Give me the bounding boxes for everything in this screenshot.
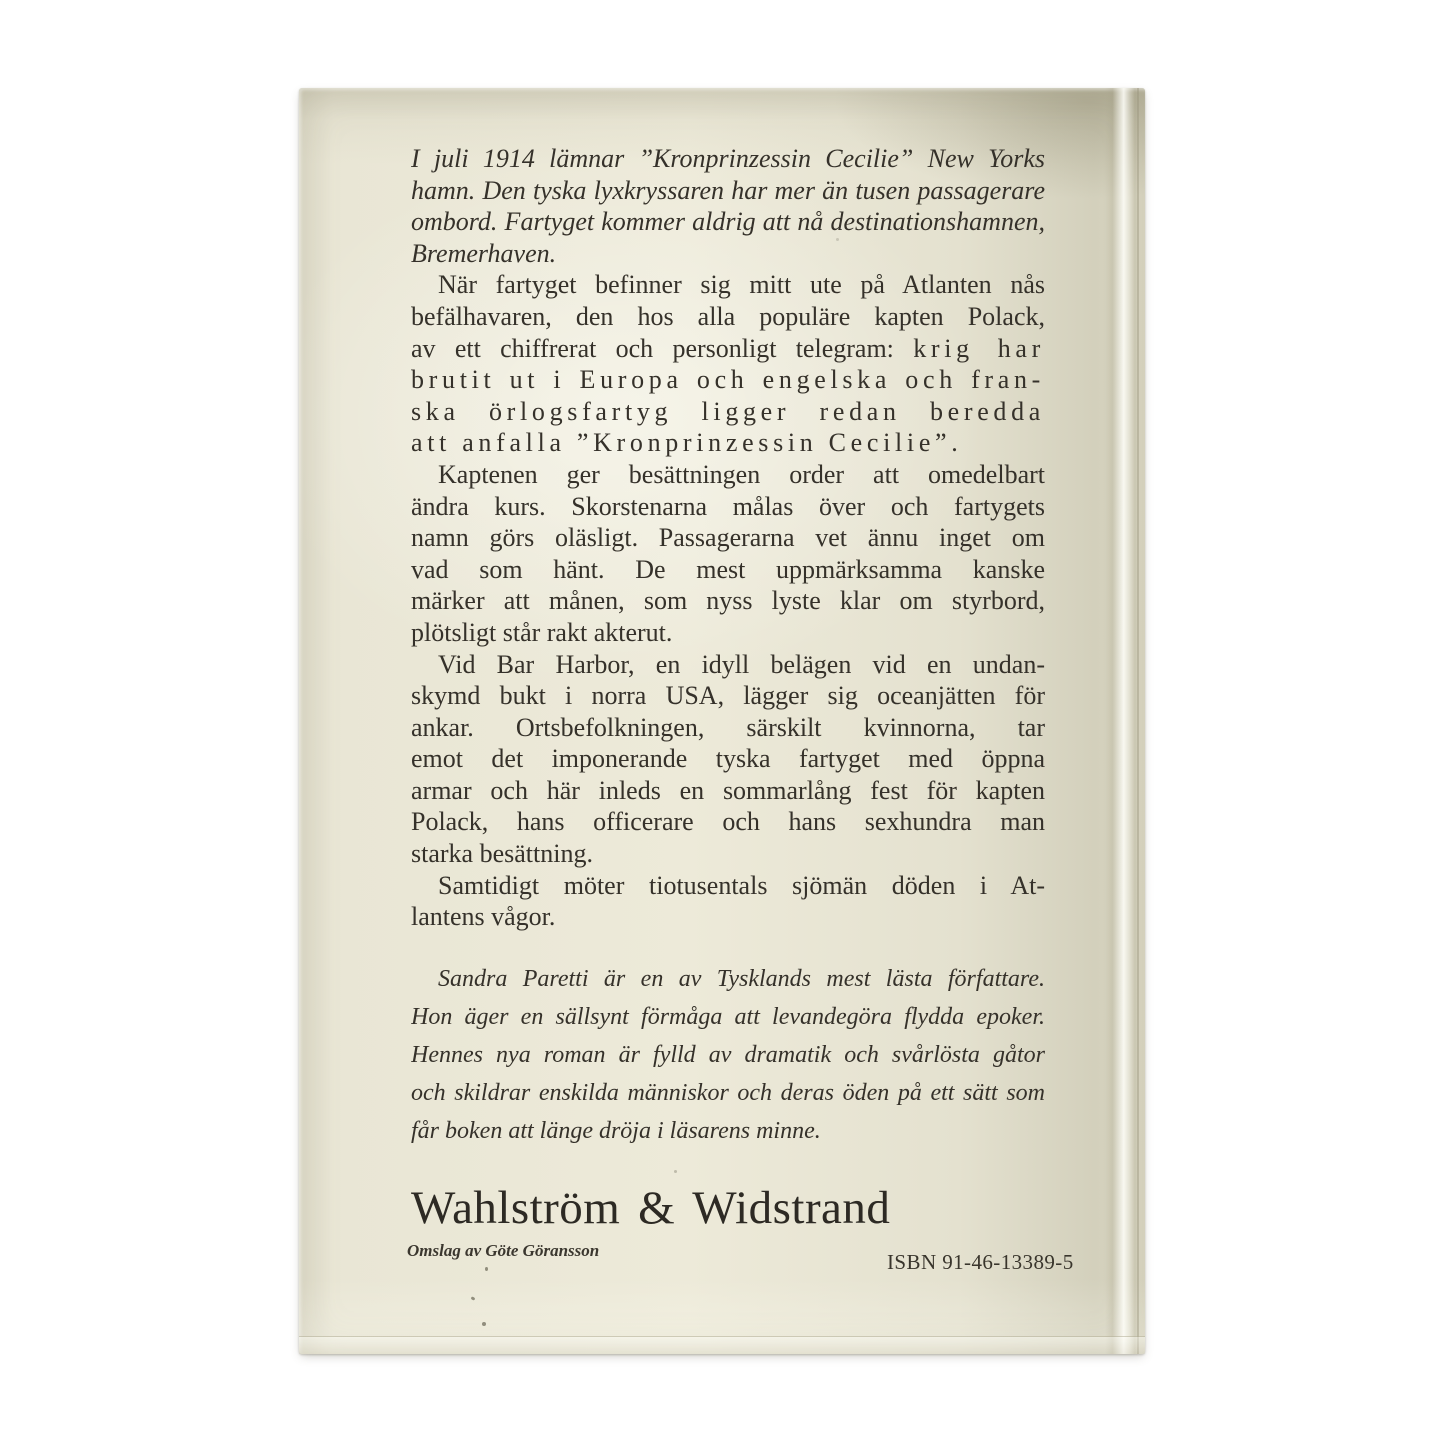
- text-segment: ändra kurs. Skorstenarna målas över och …: [411, 492, 1045, 521]
- text-line: ska örlogsfartyg ligger redan beredda: [411, 396, 1045, 428]
- letterspaced-text-segment: att anfalla ”Kronprinzessin Cecilie”.: [411, 428, 962, 457]
- photo-backdrop: I juli 1914 lämnar ”Kronprinzessin Cecil…: [0, 0, 1445, 1445]
- blurb-text: I juli 1914 lämnar ”Kronprinzessin Cecil…: [411, 143, 1045, 933]
- text-line: av ett chiffrerat och personligt telegra…: [411, 333, 1045, 365]
- book-back-cover: I juli 1914 lämnar ”Kronprinzessin Cecil…: [299, 88, 1145, 1354]
- blurb-paragraph: Vid Bar Harbor, en idyll belägen vid en …: [411, 649, 1045, 870]
- letterspaced-text-segment: ska örlogsfartyg ligger redan beredda: [411, 397, 1045, 426]
- text-line: starka besättning.: [411, 838, 1045, 870]
- text-segment: Vid Bar Harbor, en idyll belägen vid en …: [438, 650, 1045, 679]
- text-line: ombord. Fartyget kommer aldrig att nå de…: [411, 206, 1045, 238]
- text-segment: Polack, hans officerare och hans sexhund…: [411, 807, 1045, 836]
- text-line: ankar. Ortsbefolkningen, särskilt kvinno…: [411, 712, 1045, 744]
- jacket-fold-edge-line: [1137, 88, 1139, 1354]
- text-line: När fartyget befinner sig mitt ute på At…: [411, 269, 1045, 301]
- text-line: emot det imponerande tyska fartyget med …: [411, 743, 1045, 775]
- author-note-paragraph: Sandra Paretti är en av Tysklands mest l…: [411, 960, 1045, 1150]
- text-line: Hennes nya roman är fylld av dramatik oc…: [411, 1036, 1045, 1074]
- text-line: Hon äger en sällsynt förmåga att levande…: [411, 998, 1045, 1036]
- publisher-name: Wahlström & Widstrand: [411, 1182, 890, 1234]
- cover-designer-credit: Omslag av Göte Göransson: [407, 1240, 599, 1262]
- text-line: ändra kurs. Skorstenarna målas över och …: [411, 491, 1045, 523]
- text-segment: armar och här inleds en sommarlång fest …: [411, 776, 1045, 805]
- text-line: hamn. Den tyska lyxkryssaren har mer än …: [411, 175, 1045, 207]
- text-line: Samtidigt möter tiotusentals sjömän döde…: [411, 870, 1045, 902]
- text-line: Polack, hans officerare och hans sexhund…: [411, 806, 1045, 838]
- text-segment: Kaptenen ger besättningen order att omed…: [438, 460, 1045, 489]
- text-segment: skymd bukt i norra USA, lägger sig ocean…: [411, 681, 1045, 710]
- text-line: Sandra Paretti är en av Tysklands mest l…: [411, 960, 1045, 998]
- text-segment: märker att månen, som nyss lyste klar om…: [411, 586, 1045, 615]
- text-line: Kaptenen ger besättningen order att omed…: [411, 459, 1045, 491]
- paper-speck: [482, 1322, 486, 1326]
- text-segment: av ett chiffrerat och personligt telegra…: [411, 334, 913, 363]
- text-line: armar och här inleds en sommarlång fest …: [411, 775, 1045, 807]
- blurb-paragraph: När fartyget befinner sig mitt ute på At…: [411, 269, 1045, 459]
- blurb-paragraph: Samtidigt möter tiotusentals sjömän döde…: [411, 870, 1045, 933]
- blurb-paragraph: I juli 1914 lämnar ”Kronprinzessin Cecil…: [411, 143, 1045, 269]
- isbn-number: ISBN 91-46-13389-5: [887, 1249, 1074, 1275]
- text-segment: Hennes nya roman är fylld av dramatik oc…: [411, 1042, 1045, 1068]
- text-line: märker att månen, som nyss lyste klar om…: [411, 585, 1045, 617]
- paper-speck: [485, 1267, 488, 1271]
- blurb-paragraph: Kaptenen ger besättningen order att omed…: [411, 459, 1045, 649]
- text-line: Vid Bar Harbor, en idyll belägen vid en …: [411, 649, 1045, 681]
- text-segment: emot det imponerande tyska fartyget med …: [411, 744, 1045, 773]
- text-segment: ankar. Ortsbefolkningen, särskilt kvinno…: [411, 713, 1045, 742]
- text-segment: namn görs oläsligt. Passagerarna vet änn…: [411, 523, 1045, 552]
- text-segment: vad som hänt. De mest uppmärksamma kansk…: [411, 555, 1045, 584]
- paper-speck: [471, 1296, 476, 1301]
- text-line: Bremerhaven.: [411, 238, 1045, 270]
- text-line: skymd bukt i norra USA, lägger sig ocean…: [411, 680, 1045, 712]
- text-segment: Hon äger en sällsynt förmåga att levande…: [411, 1004, 1045, 1030]
- text-line: brutit ut i Europa och engelska och fran…: [411, 364, 1045, 396]
- text-segment: När fartyget befinner sig mitt ute på At…: [438, 270, 1045, 299]
- text-line: lantens vågor.: [411, 901, 1045, 933]
- text-segment: får boken att länge dröja i läsarens min…: [411, 1118, 821, 1144]
- text-line: plötsligt står rakt akterut.: [411, 617, 1045, 649]
- letterspaced-text-segment: krig har: [913, 334, 1045, 363]
- text-segment: och skildrar enskilda människor och dera…: [411, 1080, 1045, 1106]
- text-segment: Sandra Paretti är en av Tysklands mest l…: [438, 966, 1045, 992]
- letterspaced-text-segment: brutit ut i Europa och engelska och fran…: [411, 365, 1045, 394]
- jacket-fold-crease: [1105, 88, 1139, 1354]
- text-segment: Samtidigt möter tiotusentals sjömän döde…: [438, 871, 1045, 900]
- text-segment: befälhavaren, den hos alla populäre kapt…: [411, 302, 1045, 331]
- text-line: namn görs oläsligt. Passagerarna vet änn…: [411, 522, 1045, 554]
- text-line: får boken att länge dröja i läsarens min…: [411, 1112, 1045, 1150]
- text-line: befälhavaren, den hos alla populäre kapt…: [411, 301, 1045, 333]
- text-segment: plötsligt står rakt akterut.: [411, 618, 672, 647]
- text-line: I juli 1914 lämnar ”Kronprinzessin Cecil…: [411, 143, 1045, 175]
- text-segment: lantens vågor.: [411, 902, 555, 931]
- text-line: och skildrar enskilda människor och dera…: [411, 1074, 1045, 1112]
- text-segment: starka besättning.: [411, 839, 593, 868]
- text-line: att anfalla ”Kronprinzessin Cecilie”.: [411, 427, 1045, 459]
- author-note: Sandra Paretti är en av Tysklands mest l…: [411, 960, 1045, 1150]
- text-line: vad som hänt. De mest uppmärksamma kansk…: [411, 554, 1045, 586]
- text-segment: hamn. Den tyska lyxkryssaren har mer än …: [411, 176, 1045, 205]
- paper-speck: [674, 1170, 677, 1173]
- text-segment: Bremerhaven.: [411, 239, 556, 268]
- text-segment: ombord. Fartyget kommer aldrig att nå de…: [411, 207, 1045, 236]
- jacket-bottom-crease: [299, 1336, 1145, 1354]
- text-segment: I juli 1914 lämnar ”Kronprinzessin Cecil…: [411, 144, 1045, 173]
